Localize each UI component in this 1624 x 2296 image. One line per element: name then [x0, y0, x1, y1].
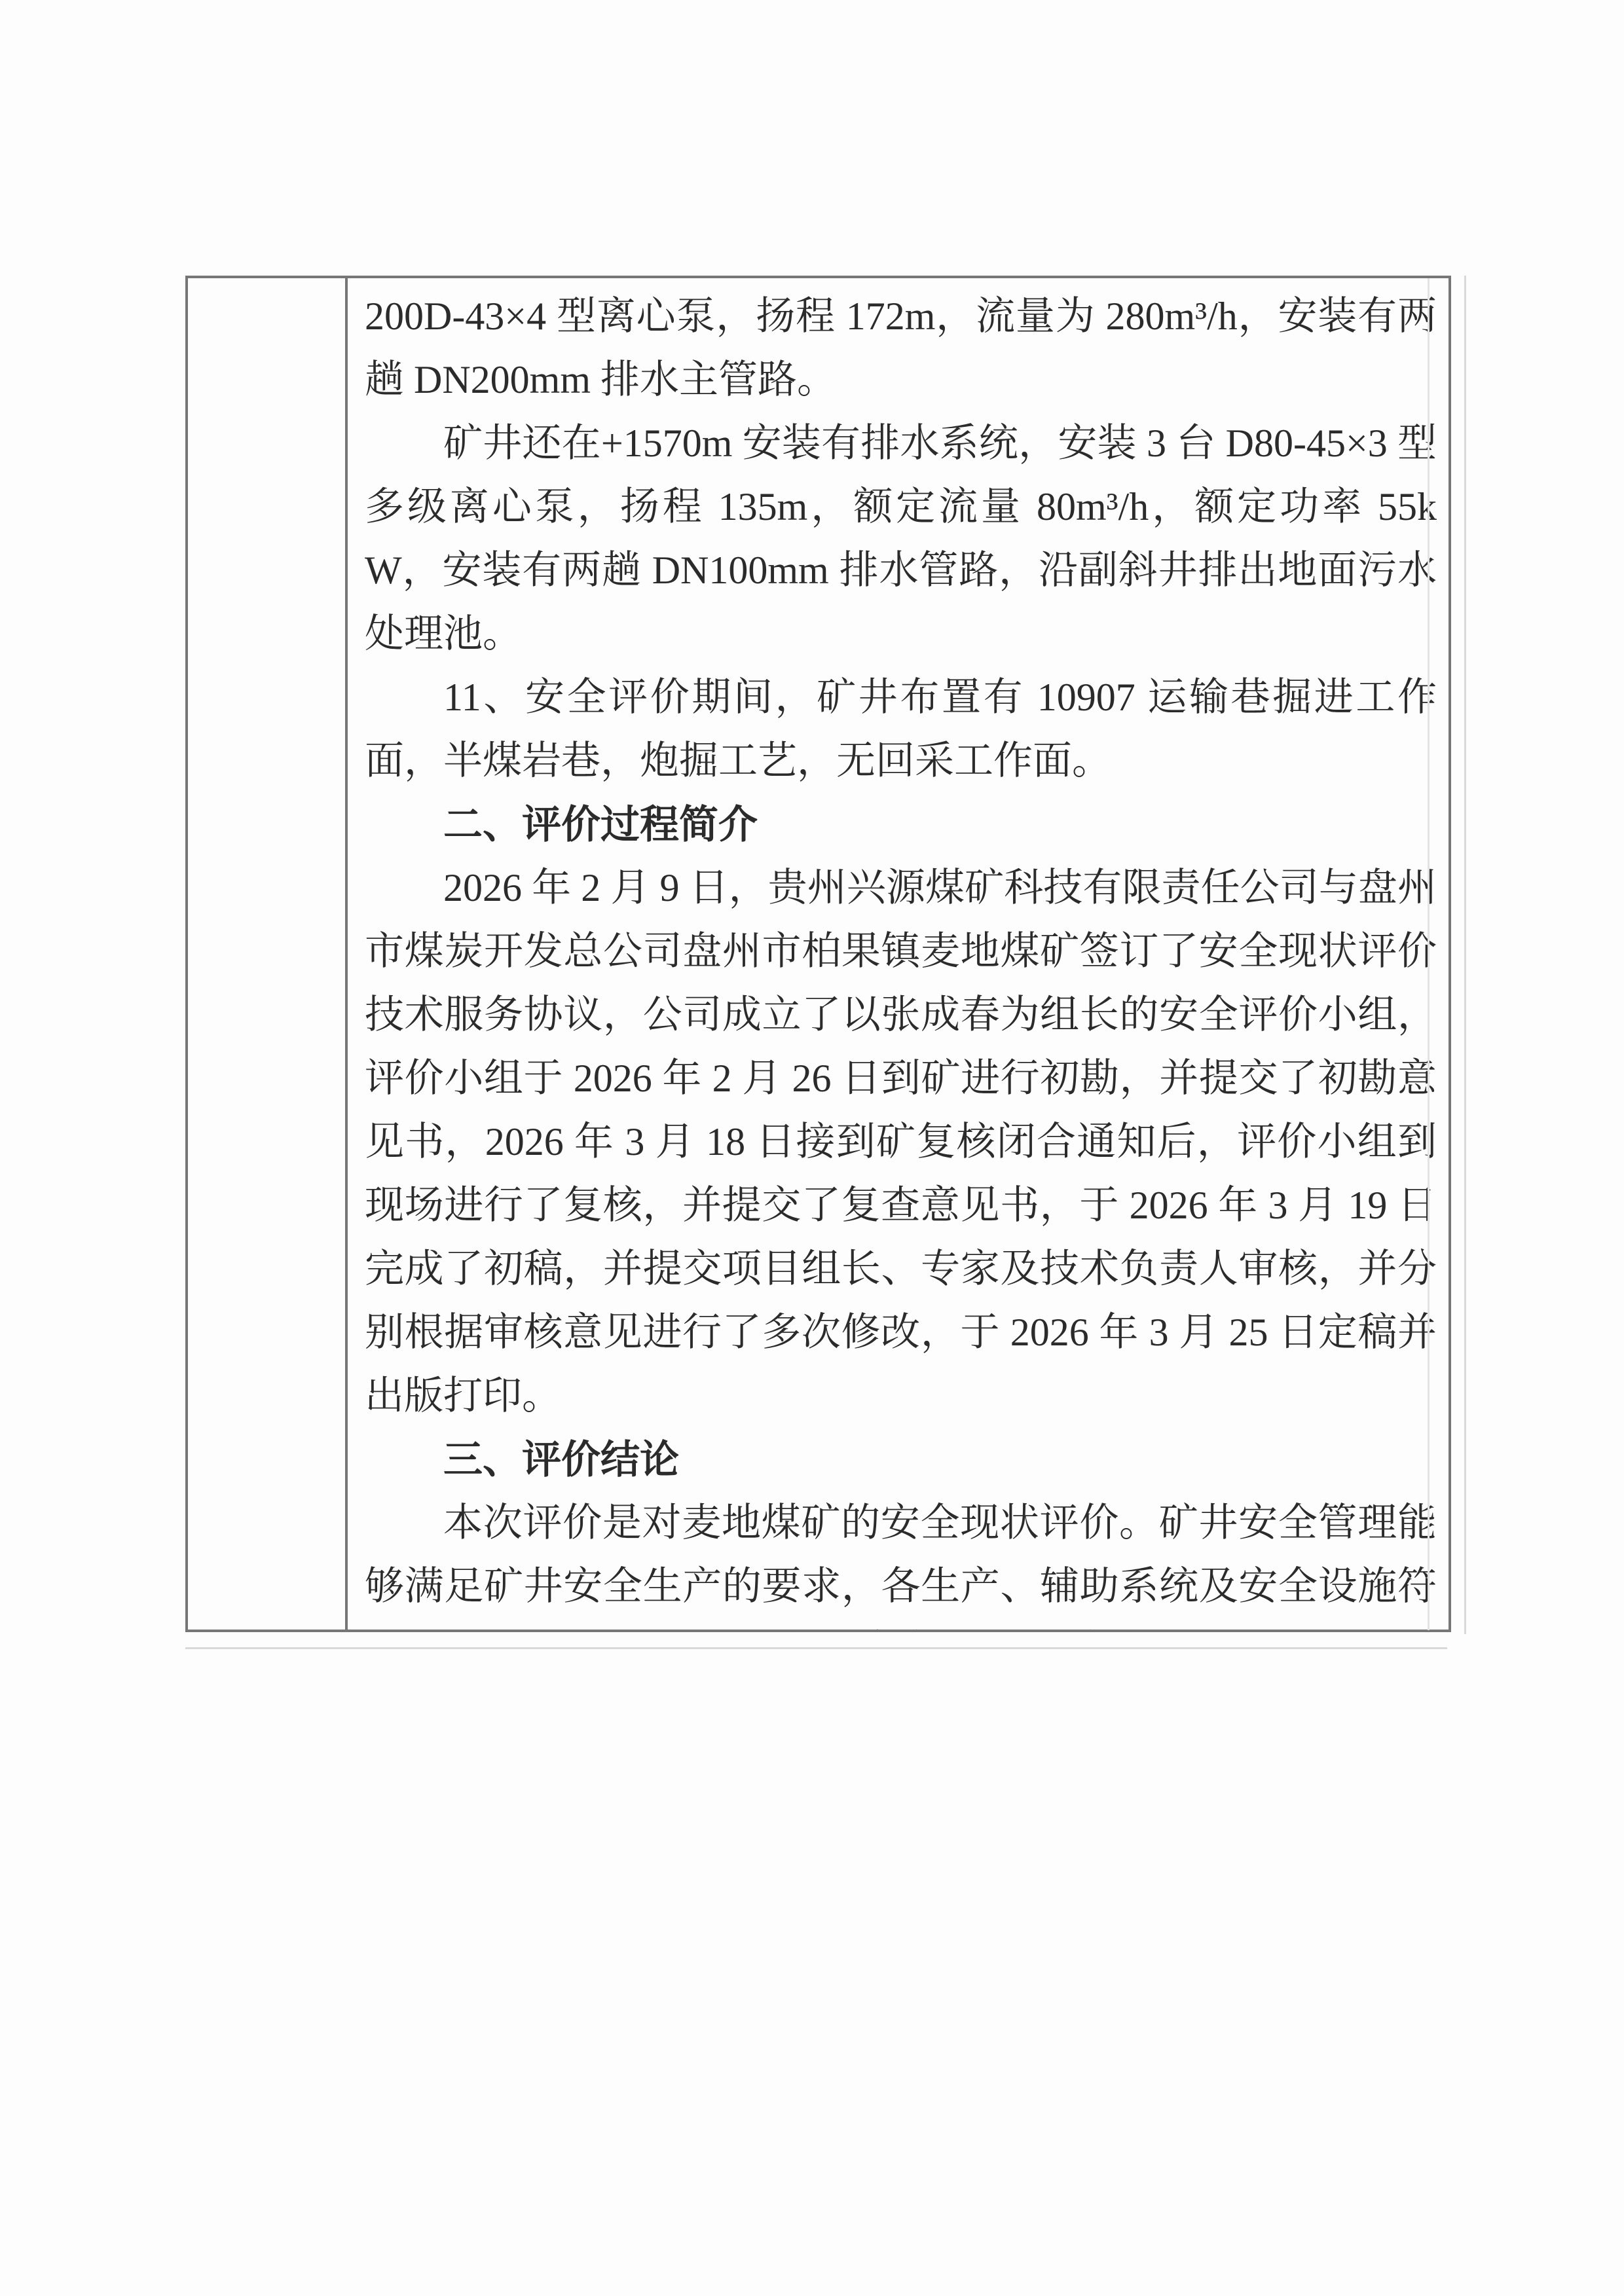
section-heading-evaluation-process: 二、评价过程简介 — [365, 793, 1437, 856]
scan-artifact-outer-vertical-line — [1464, 276, 1466, 1634]
table-content-column: 200D-43×4 型离心泵，扬程 172m，流量为 280m³/h，安装有两趟… — [348, 278, 1449, 1630]
paragraph-item-11-working-face: 11、安全评价期间，矿井布置有 10907 运输巷掘进工作面，半煤岩巷，炮掘工艺… — [365, 666, 1437, 793]
scan-artifact-inner-vertical-line — [1428, 278, 1430, 1630]
table-left-column — [188, 278, 348, 1630]
paragraph-1570m-drainage: 矿井还在+1570m 安装有排水系统，安装 3 台 D80-45×3 型多级离心… — [365, 412, 1437, 666]
section-heading-evaluation-conclusion: 三、评价结论 — [365, 1428, 1437, 1491]
paragraph-evaluation-conclusion: 本次评价是对麦地煤矿的安全现状评价。矿井安全管理能够满足矿井安全生产的要求，各生… — [365, 1491, 1437, 1630]
paragraph-evaluation-process: 2026 年 2 月 9 日，贵州兴源煤矿科技有限责任公司与盘州市煤炭开发总公司… — [365, 856, 1437, 1428]
scan-artifact-bottom-line — [185, 1647, 1447, 1649]
report-table: 200D-43×4 型离心泵，扬程 172m，流量为 280m³/h，安装有两趟… — [185, 276, 1451, 1632]
document-page: 200D-43×4 型离心泵，扬程 172m，流量为 280m³/h，安装有两趟… — [0, 0, 1624, 2296]
paragraph-pump-200d: 200D-43×4 型离心泵，扬程 172m，流量为 280m³/h，安装有两趟… — [365, 285, 1437, 412]
